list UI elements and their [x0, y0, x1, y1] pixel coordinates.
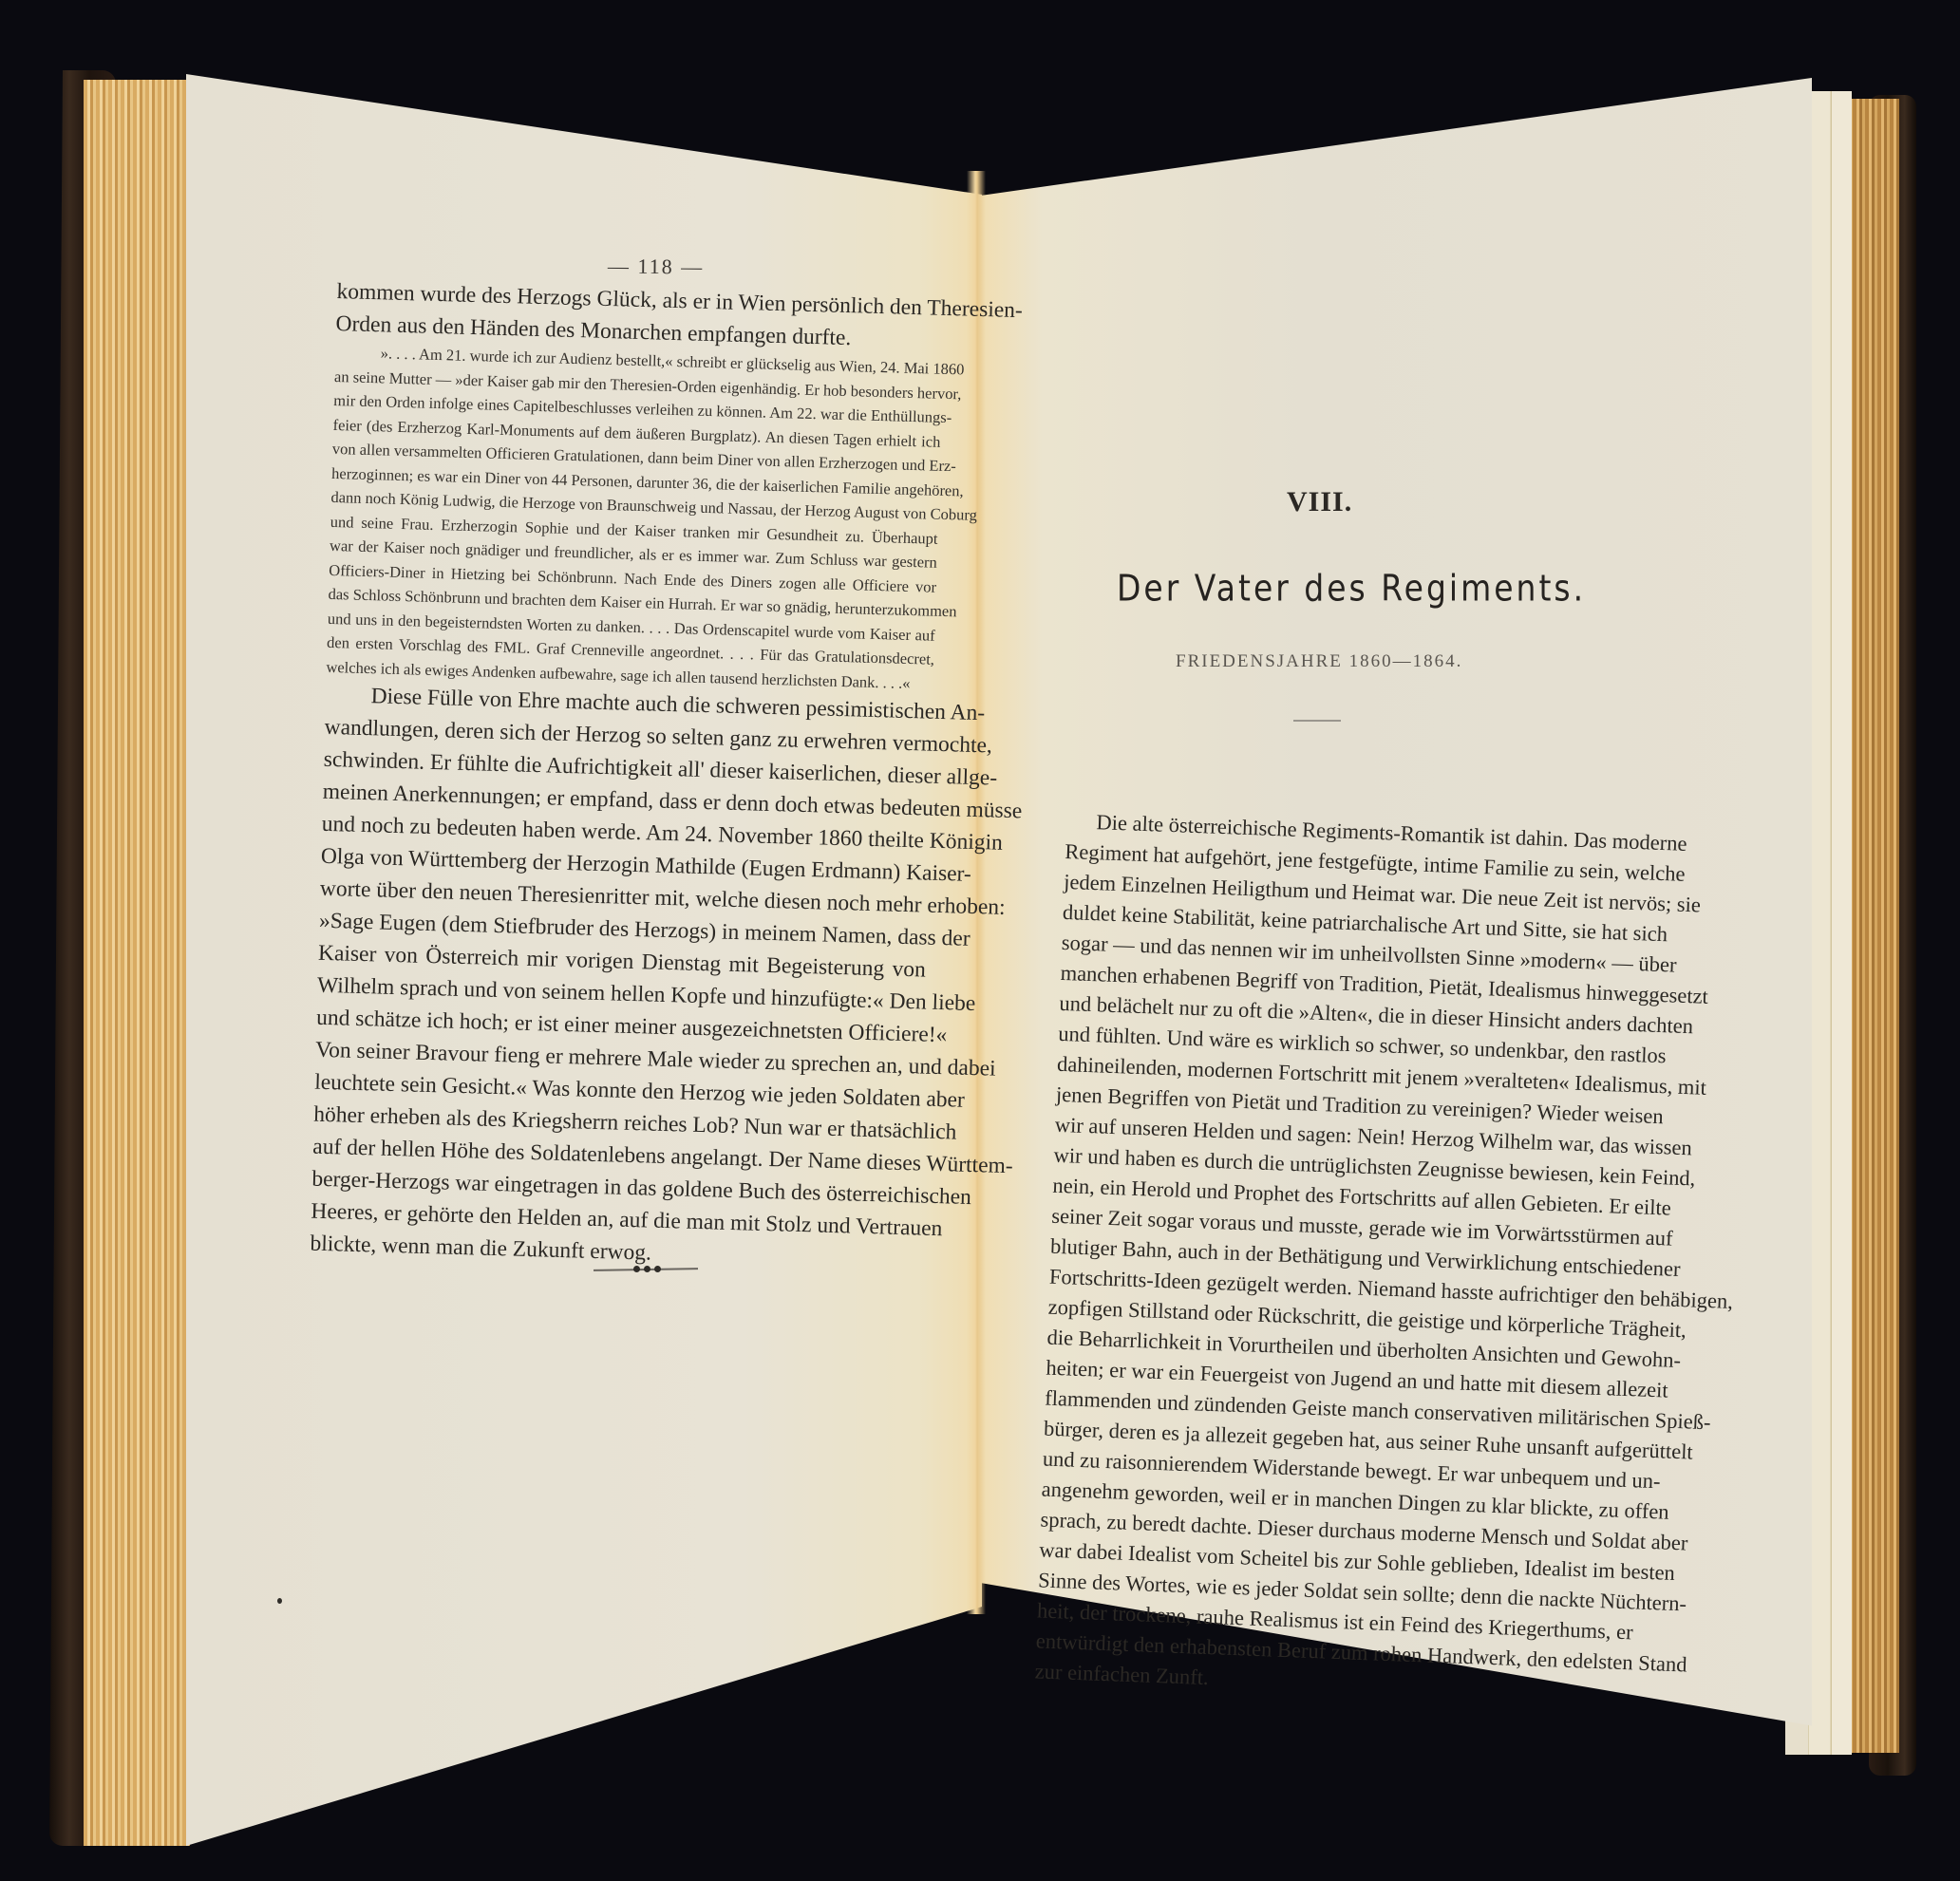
chapter-divider: [1293, 720, 1341, 722]
section-end-ornament: [594, 1263, 698, 1276]
page-number: — 118 —: [608, 254, 704, 279]
ornament-dot: [633, 1266, 640, 1272]
ornament-dot: [644, 1266, 650, 1272]
chapter-paragraph: Die alte österreichische Regiments-Roman…: [1034, 805, 1636, 1706]
open-book-photo: — 118 — kommen wurde des Herzogs Glück, …: [0, 0, 1960, 1881]
book-gutter: [967, 171, 986, 1614]
chapter-number: VIII.: [1287, 486, 1352, 518]
main-paragraph: Diese Fülle von Ehre machte auch die sch…: [310, 679, 933, 1277]
letter-quote: ». . . . Am 21. wurde ich zur Audienz be…: [326, 340, 943, 696]
ink-speck: [277, 1598, 282, 1604]
ornament-dot: [654, 1266, 661, 1272]
left-page-text: kommen wurde des Herzogs Glück, als er i…: [310, 275, 945, 1276]
chapter-subtitle: FRIEDENSJAHRE 1860—1864.: [1176, 651, 1462, 672]
gilt-page-edge-left: [84, 80, 190, 1846]
right-page-text: Die alte österreichische Regiments-Roman…: [1033, 784, 1636, 1728]
chapter-title: Der Vater des Regiments.: [1117, 567, 1586, 610]
